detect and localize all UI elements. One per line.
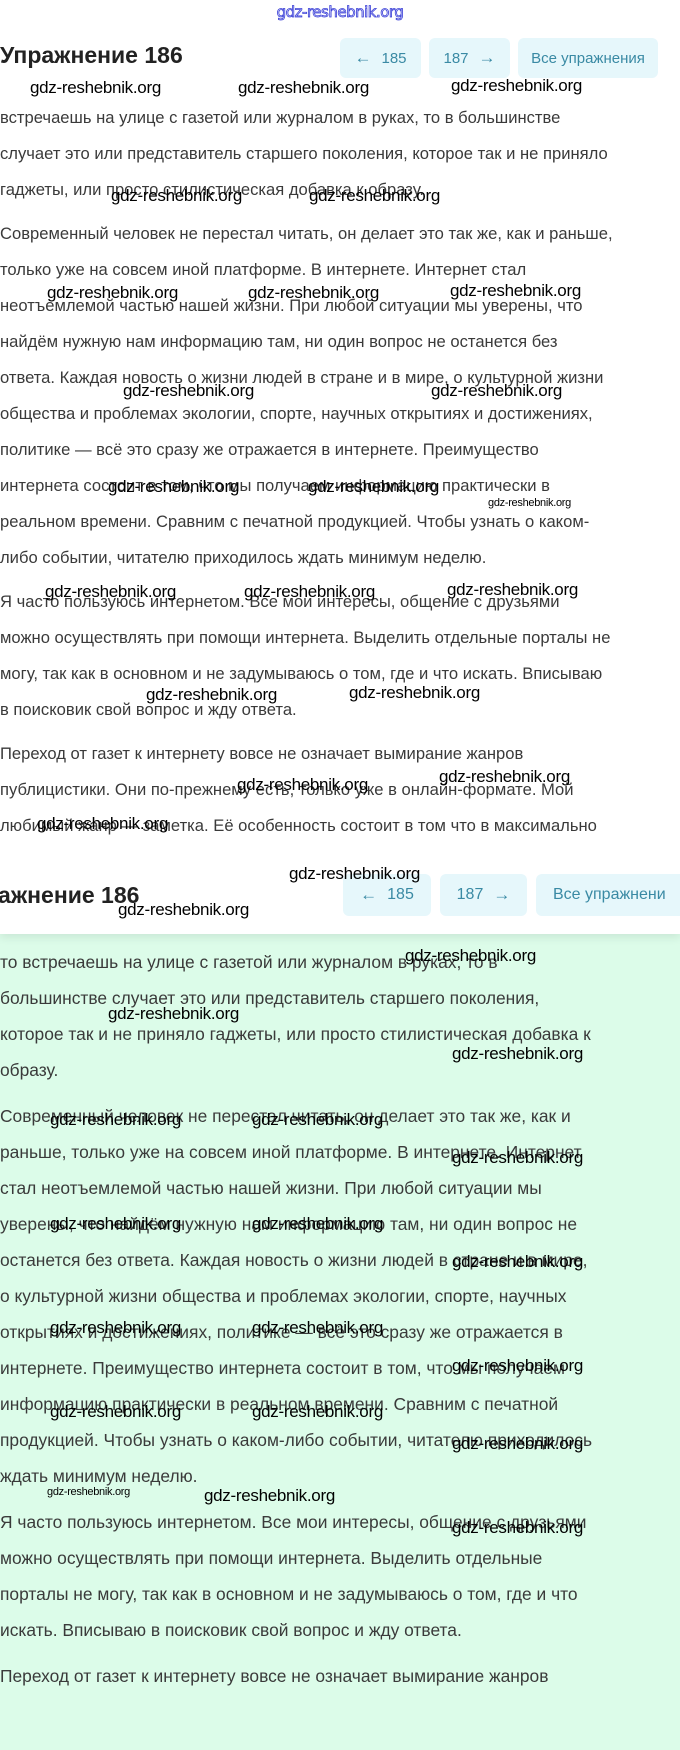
watermark-text: gdz-reshebnik.org — [252, 1318, 383, 1338]
watermark-text: gdz-reshebnik.org — [244, 582, 375, 602]
prev-exercise-button[interactable]: ← 185 — [340, 38, 421, 78]
text-line: о культурной жизни общества и проблемах … — [0, 1278, 680, 1314]
watermark-text: gdz-reshebnik.org — [45, 582, 176, 602]
text-line: Современный человек не перестал читать, … — [0, 216, 680, 252]
text-line: Переход от газет к интернету вовсе не оз… — [0, 1658, 680, 1694]
watermark-text: gdz-reshebnik.org — [447, 580, 578, 600]
arrow-right-icon: → — [479, 48, 496, 68]
text-line: либо событии, читателю приходилось ждать… — [0, 540, 680, 576]
watermark-text: gdz-reshebnik.org — [252, 1214, 383, 1234]
watermark-text: gdz-reshebnik.org — [204, 1486, 335, 1506]
next-exercise-button[interactable]: 187 → — [429, 38, 510, 78]
watermark-text: gdz-reshebnik.org — [50, 1402, 181, 1422]
watermark-text: gdz-reshebnik.org — [111, 186, 242, 206]
next-exercise-label: 187 — [457, 886, 484, 904]
watermark-text: gdz-reshebnik.org — [252, 1110, 383, 1130]
arrow-left-icon: ← — [354, 48, 371, 68]
watermark-text: gdz-reshebnik.org — [452, 1148, 583, 1168]
watermark-text: gdz-reshebnik.org — [431, 381, 562, 401]
watermark-text: gdz-reshebnik.org — [238, 78, 369, 98]
all-exercises-button[interactable]: Все упражнения — [518, 38, 658, 78]
exercise-panel-bottom: ражнение 186 ← 185 187 → Все упражнени т… — [0, 846, 680, 1750]
paragraph-gap — [0, 1648, 680, 1658]
paragraph-gap — [0, 208, 680, 216]
exercise-panel-top: Упражнение 186 ← 185 187 → Все упражнени… — [0, 26, 680, 846]
page-title: Упражнение 186 — [0, 42, 183, 69]
watermark-text: gdz-reshebnik.org — [289, 864, 420, 884]
watermark-text: gdz-reshebnik.org — [50, 1318, 181, 1338]
answer-text: встречаешь на улице с газетой или журнал… — [0, 98, 680, 844]
watermark-text: gdz-reshebnik.org — [50, 1214, 181, 1234]
paragraph-gap — [0, 1088, 680, 1098]
arrow-right-icon: → — [493, 885, 510, 905]
watermark-text: gdz-reshebnik.org — [30, 78, 161, 98]
text-line: найдём нужную нам информацию там, ни оди… — [0, 324, 680, 360]
next-exercise-label: 187 — [443, 50, 468, 67]
text-line: можно осуществлять при помощи интернета.… — [0, 1540, 680, 1576]
watermark-text: gdz-reshebnik.org — [452, 1252, 583, 1272]
text-line: в поисковик свой вопрос и жду ответа. — [0, 692, 680, 728]
watermark-text: gdz-reshebnik.org — [108, 477, 239, 497]
watermark-text: gdz-reshebnik.org — [349, 683, 480, 703]
text-line: порталы не могу, так как в основном и не… — [0, 1576, 680, 1612]
prev-exercise-label: 185 — [387, 886, 414, 904]
watermark-text: gdz-reshebnik.org — [439, 767, 570, 787]
watermark-text: gdz-reshebnik.org — [248, 283, 379, 303]
watermark-text: gdz-reshebnik.org — [47, 283, 178, 303]
text-line: искать. Вписываю в поисковик свой вопрос… — [0, 1612, 680, 1648]
text-line: Переход от газет к интернету вовсе не оз… — [0, 736, 680, 772]
watermark-text: gdz-reshebnik.org — [450, 281, 581, 301]
watermark-text: gdz-reshebnik.org — [237, 775, 368, 795]
watermark-text: gdz-reshebnik.org — [452, 1518, 583, 1538]
text-line: большинстве случает это или представител… — [0, 980, 680, 1016]
watermark-text: gdz-reshebnik.org — [123, 381, 254, 401]
watermark-text: gdz-reshebnik.org — [252, 1402, 383, 1422]
paragraph-gap — [0, 728, 680, 736]
watermark-text: gdz-reshebnik.org — [146, 685, 277, 705]
all-exercises-button[interactable]: Все упражнени — [536, 874, 680, 916]
text-line: случает это или представитель старшего п… — [0, 136, 680, 172]
watermark-text: gdz-reshebnik.org — [452, 1044, 583, 1064]
watermark-text: gdz-reshebnik.org — [47, 1486, 130, 1498]
watermark-text: gdz-reshebnik.org — [488, 497, 571, 509]
text-line: можно осуществлять при помощи интернета.… — [0, 620, 680, 656]
watermark-text: gdz-reshebnik.org — [308, 477, 439, 497]
all-exercises-label: Все упражнения — [531, 50, 645, 67]
text-line: могу, так как в основном и не задумываюс… — [0, 656, 680, 692]
watermark-text: gdz-reshebnik.org — [452, 1356, 583, 1376]
text-line: то встречаешь на улице с газетой или жур… — [0, 944, 680, 980]
watermark-text: gdz-reshebnik.org — [309, 186, 440, 206]
watermark-text: gdz-reshebnik.org — [405, 946, 536, 966]
watermark-text: gdz-reshebnik.org — [451, 76, 582, 96]
arrow-left-icon: ← — [360, 885, 377, 905]
text-line: ответа. Каждая новость о жизни людей в с… — [0, 360, 680, 396]
watermark-text: gdz-reshebnik.org — [50, 1110, 181, 1130]
exercise-nav: ← 185 187 → Все упражнения — [340, 38, 658, 78]
text-line: политике — всё это сразу же отражается в… — [0, 432, 680, 468]
text-line: встречаешь на улице с газетой или журнал… — [0, 100, 680, 136]
watermark-text: gdz-reshebnik.org — [452, 1434, 583, 1454]
watermark-text: gdz-reshebnik.org — [118, 900, 249, 920]
exercise-header-sticky: ражнение 186 ← 185 187 → Все упражнени — [0, 846, 680, 934]
text-line: стал неотъемлемой частью нашей жизни. Пр… — [0, 1170, 680, 1206]
site-watermark: gdz-reshebnik.org — [0, 0, 680, 26]
next-exercise-button[interactable]: 187 → — [440, 874, 527, 916]
text-line: реальном времени. Сравним с печатной про… — [0, 504, 680, 540]
watermark-text: gdz-reshebnik.org — [37, 814, 168, 834]
watermark-text: gdz-reshebnik.org — [108, 1004, 239, 1024]
prev-exercise-label: 185 — [381, 50, 406, 67]
text-line: общества и проблемах экологии, спорте, н… — [0, 396, 680, 432]
all-exercises-label: Все упражнени — [553, 886, 666, 904]
